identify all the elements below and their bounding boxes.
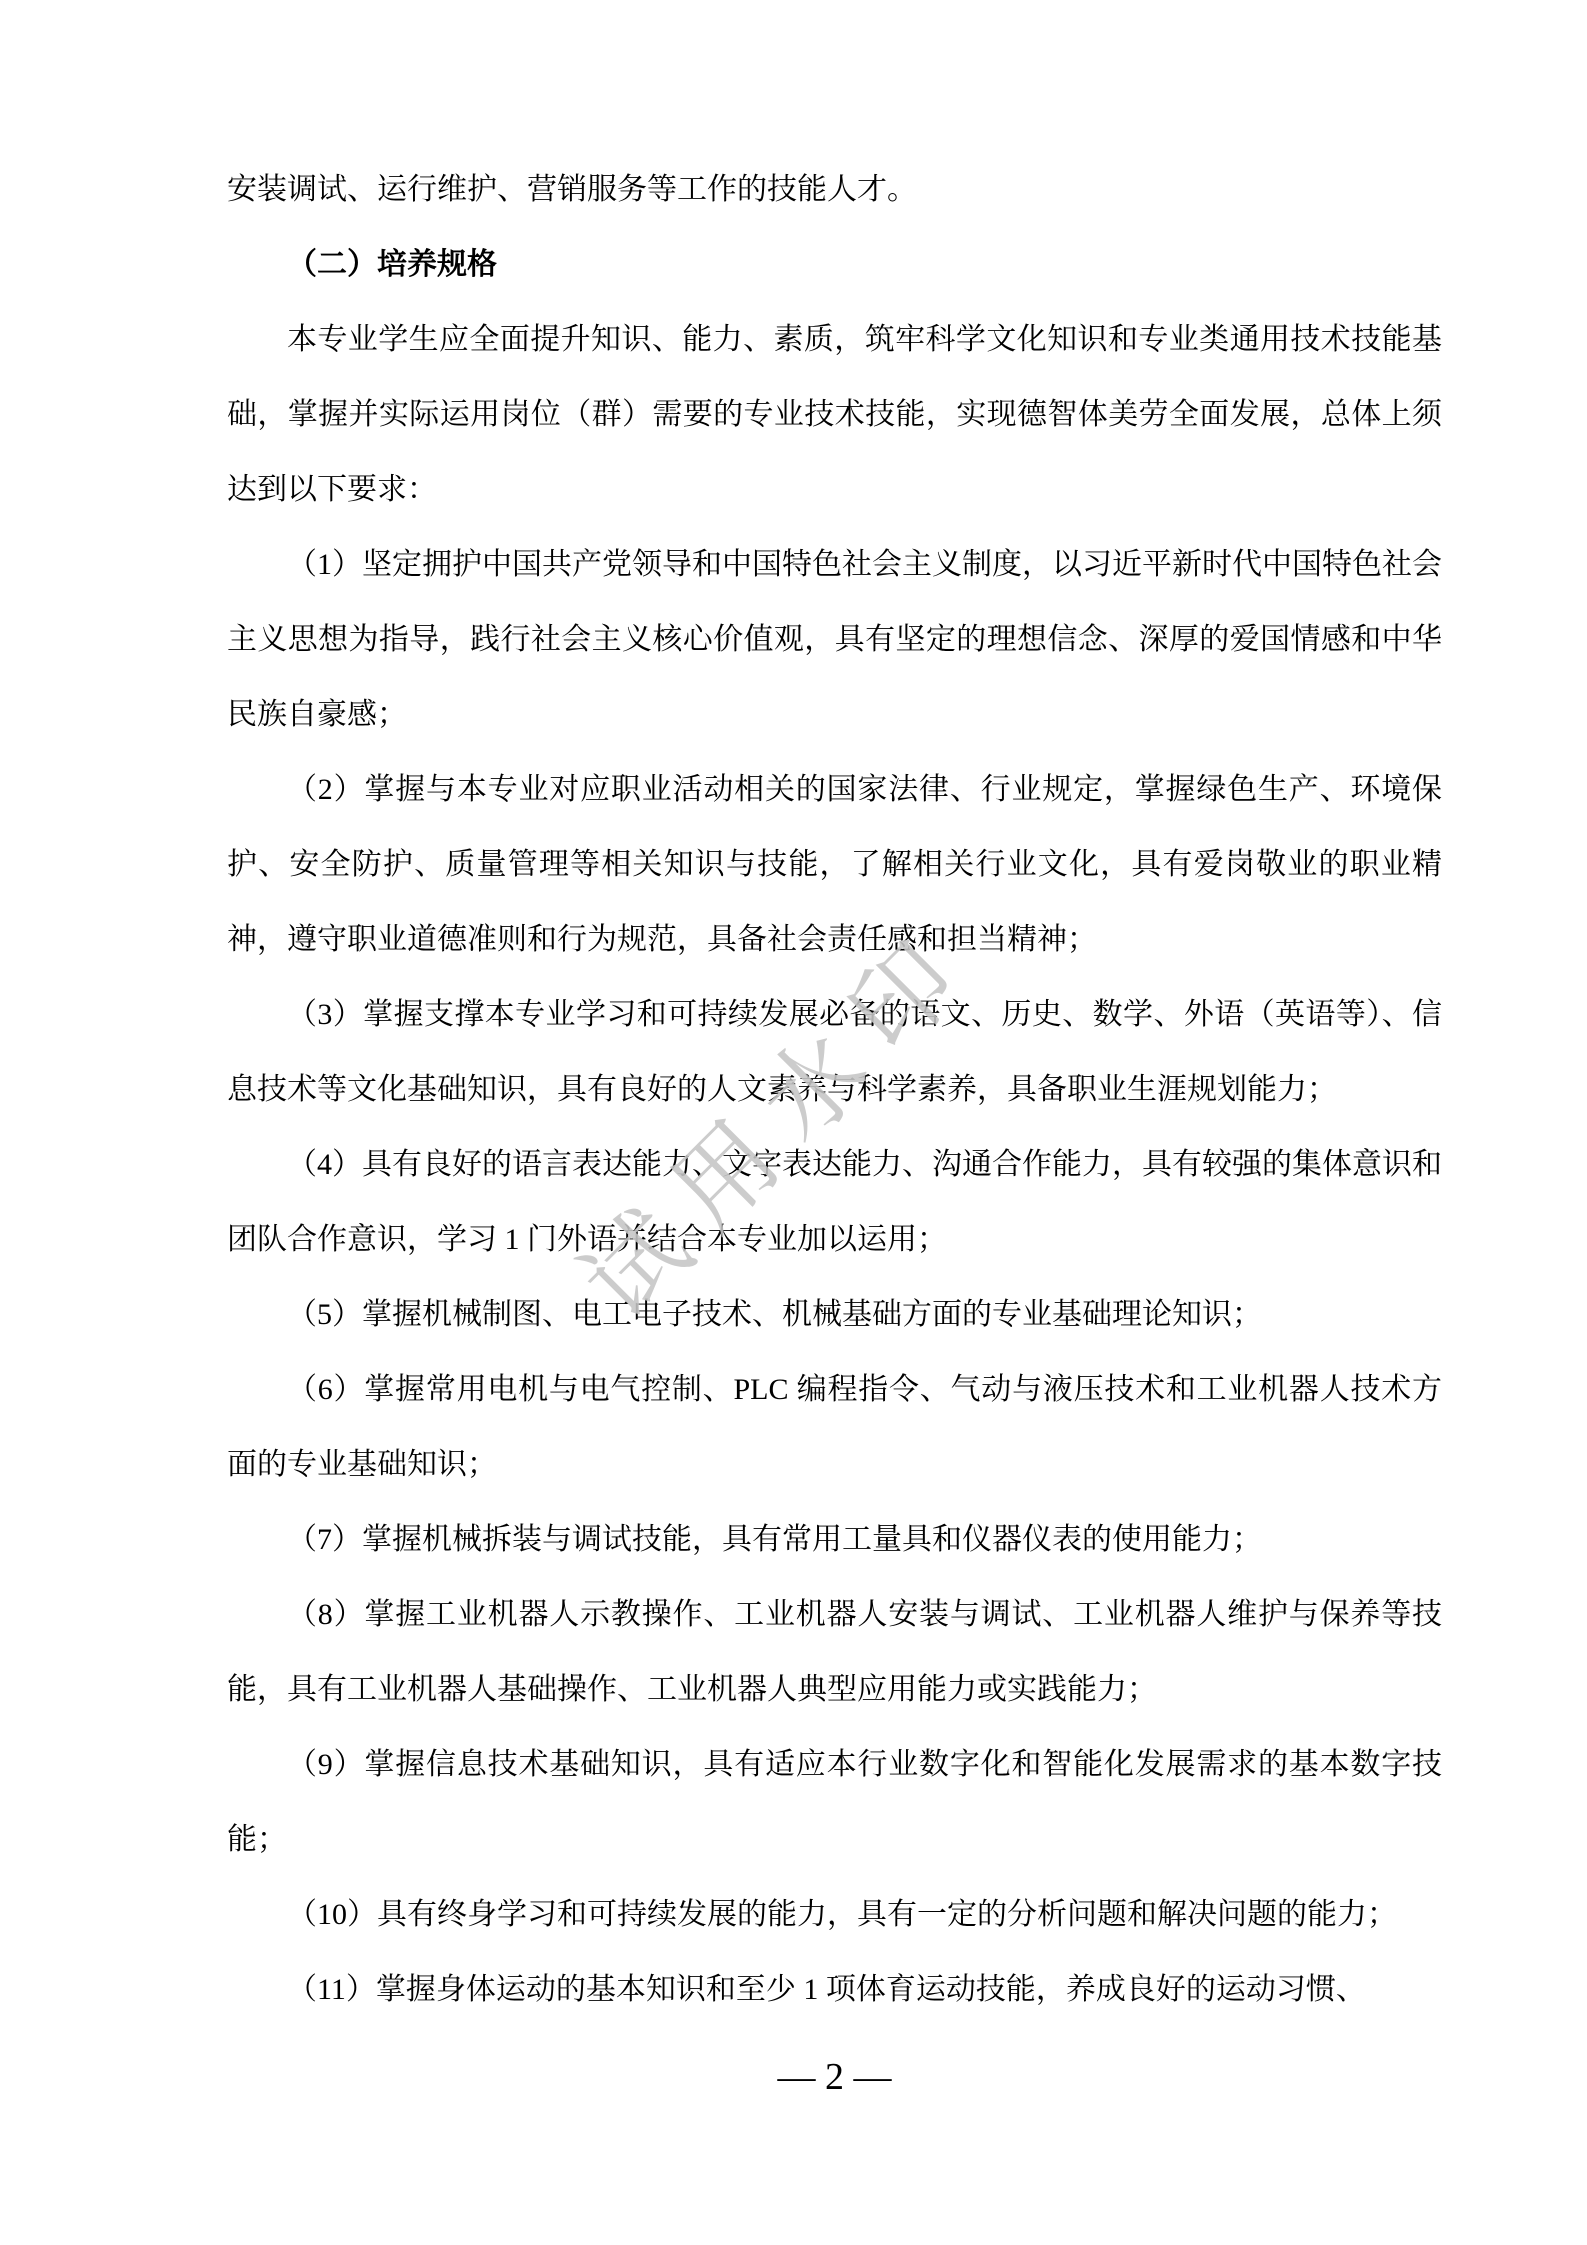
requirement-item: （8）掌握工业机器人示教操作、工业机器人安装与调试、工业机器人维护与保养等技能，… <box>227 1577 1442 1727</box>
requirement-item: （2）掌握与本专业对应职业活动相关的国家法律、行业规定，掌握绿色生产、环境保护、… <box>227 752 1442 977</box>
carryover-paragraph: 安装调试、运行维护、营销服务等工作的技能人才。 <box>227 152 1442 227</box>
requirement-item: （6）掌握常用电机与电气控制、PLC 编程指令、气动与液压技术和工业机器人技术方… <box>227 1352 1442 1502</box>
page-footer: — 2 — <box>227 2052 1442 2102</box>
requirement-item: （11）掌握身体运动的基本知识和至少 1 项体育运动技能，养成良好的运动习惯、 <box>227 1952 1442 2027</box>
requirement-item: （7）掌握机械拆装与调试技能，具有常用工量具和仪器仪表的使用能力； <box>227 1502 1442 1577</box>
requirements-list: （1）坚定拥护中国共产党领导和中国特色社会主义制度，以习近平新时代中国特色社会主… <box>227 527 1442 2027</box>
section-heading: （二）培养规格 <box>227 227 1442 302</box>
requirement-item: （9）掌握信息技术基础知识，具有适应本行业数字化和智能化发展需求的基本数字技能； <box>227 1727 1442 1877</box>
requirement-item: （5）掌握机械制图、电工电子技术、机械基础方面的专业基础理论知识； <box>227 1277 1442 1352</box>
document-page: 安装调试、运行维护、营销服务等工作的技能人才。 （二）培养规格 本专业学生应全面… <box>0 0 1587 2245</box>
page-number: — 2 — <box>778 2056 892 2098</box>
requirement-item: （1）坚定拥护中国共产党领导和中国特色社会主义制度，以习近平新时代中国特色社会主… <box>227 527 1442 752</box>
intro-paragraph: 本专业学生应全面提升知识、能力、素质，筑牢科学文化知识和专业类通用技术技能基础，… <box>227 302 1442 527</box>
requirement-item: （10）具有终身学习和可持续发展的能力，具有一定的分析问题和解决问题的能力； <box>227 1877 1442 1952</box>
